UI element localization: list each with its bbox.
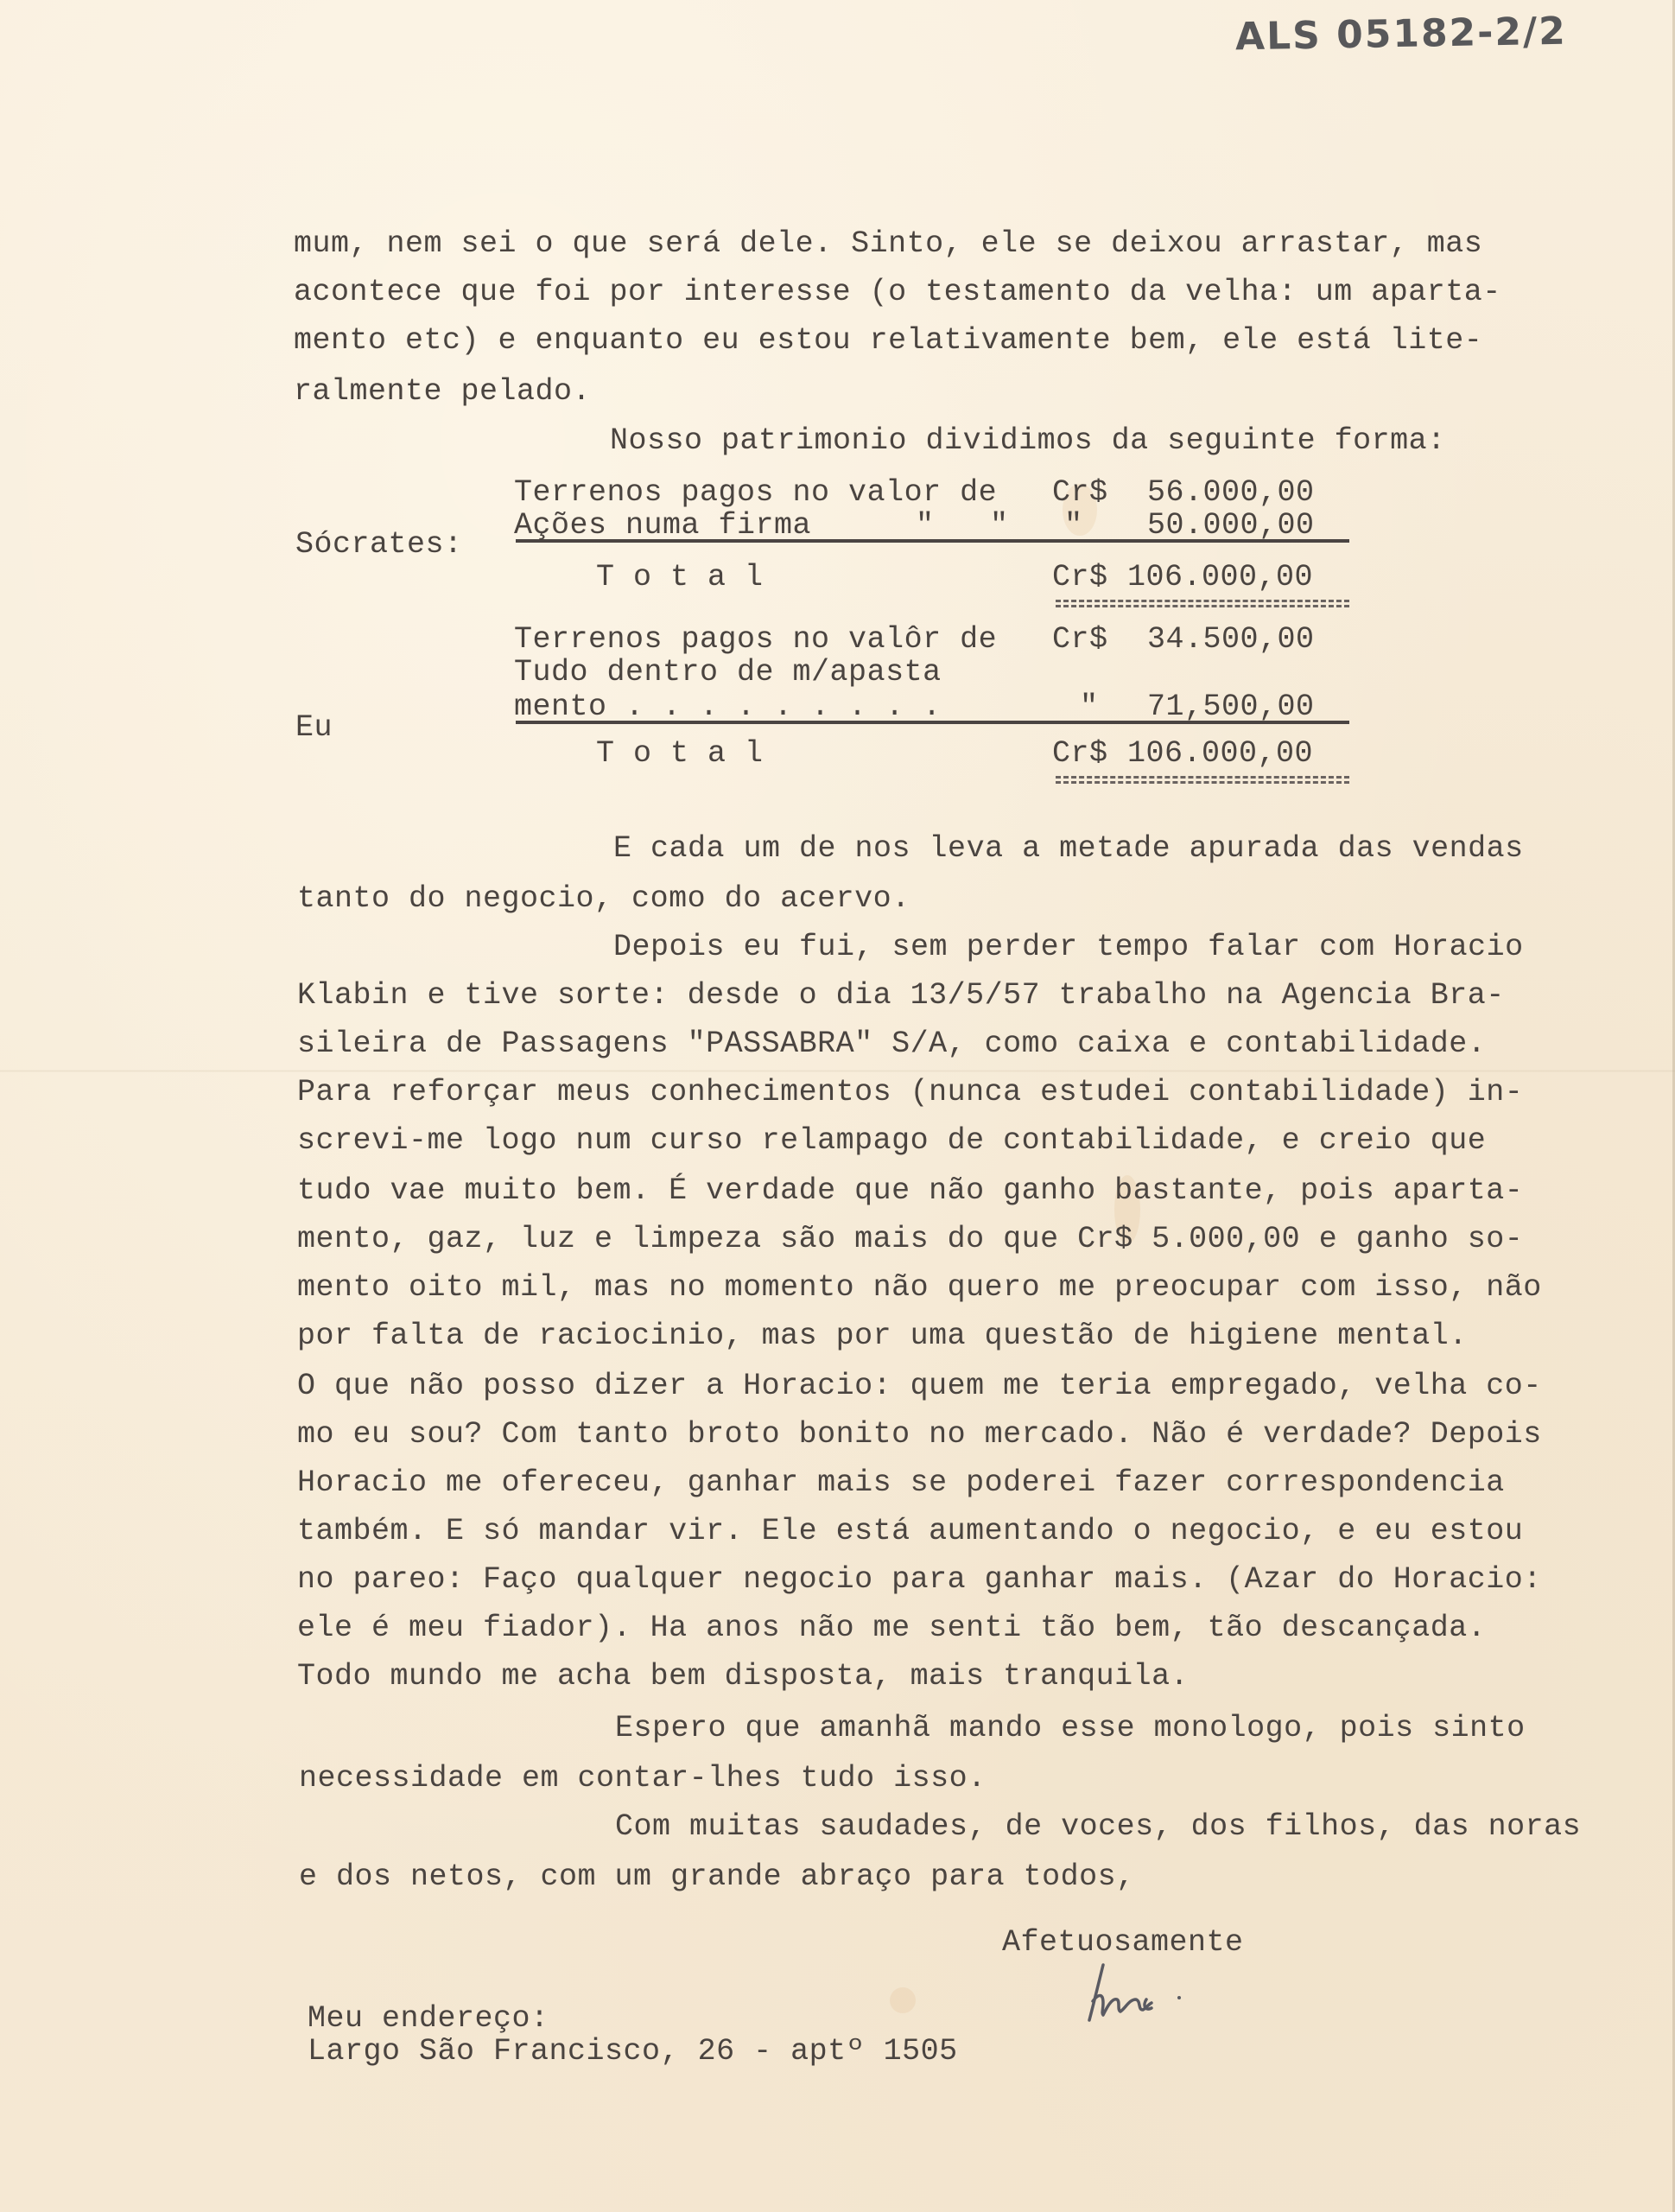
body-line: mento oito mil, mas no momento não quero… xyxy=(297,1270,1542,1305)
eu-label: Eu xyxy=(295,710,333,745)
body-line: mo eu sou? Com tanto broto bonito no mer… xyxy=(297,1417,1542,1452)
body-line: tudo vae muito bem. É verdade que não ga… xyxy=(297,1173,1523,1208)
eu-total-double-rule xyxy=(1056,776,1349,784)
socrates-total-label: T o t a l xyxy=(596,560,764,594)
address: Largo São Francisco, 26 - aptº 1505 xyxy=(308,2034,958,2069)
eu-item-desc: Terrenos pagos no valôr de xyxy=(514,622,997,657)
body-line: E cada um de nos leva a metade apurada d… xyxy=(613,831,1524,866)
body-line: Horacio me ofereceu, ganhar mais se pode… xyxy=(297,1465,1505,1500)
eu-total-amount: 106.000,00 xyxy=(1127,736,1313,771)
socrates-label: Sócrates: xyxy=(295,527,463,562)
address-label: Meu endereço: xyxy=(308,2001,549,2036)
body-line: ralmente pelado. xyxy=(294,374,591,409)
socrates-item-desc: Terrenos pagos no valor de xyxy=(514,475,997,510)
body-line: O que não posso dizer a Horacio: quem me… xyxy=(297,1369,1542,1403)
body-line: sileira de Passagens "PASSABRA" S/A, com… xyxy=(297,1027,1486,1061)
eu-item-amount: 34.500,00 xyxy=(1147,622,1315,657)
body-line: Para reforçar meus conhecimentos (nunca … xyxy=(297,1075,1523,1109)
body-line: Klabin e tive sorte: desde o dia 13/5/57… xyxy=(297,978,1505,1013)
eu-total-label: T o t a l xyxy=(596,736,764,771)
eu-item-currency: Cr$ xyxy=(1052,622,1108,657)
socrates-total-amount: 106.000,00 xyxy=(1127,560,1313,594)
body-line: por falta de raciocinio, mas por uma que… xyxy=(297,1319,1468,1353)
eu-item-ditto: " xyxy=(1080,690,1099,724)
division-intro: Nosso patrimonio dividimos da seguinte f… xyxy=(610,423,1446,458)
signature-handwritten xyxy=(1084,1961,1240,2031)
socrates-item-amount: 50.000,00 xyxy=(1147,508,1315,543)
eu-item-desc: Tudo dentro de m/apasta xyxy=(514,655,942,690)
eu-subtotal-rule xyxy=(516,721,1349,724)
eu-item-amount: 71,500,00 xyxy=(1147,690,1315,724)
socrates-subtotal-rule xyxy=(516,539,1349,543)
eu-total-currency: Cr$ xyxy=(1052,736,1108,771)
body-line: Todo mundo me acha bem disposta, mais tr… xyxy=(297,1659,1189,1694)
closing: Afetuosamente xyxy=(1002,1925,1244,1960)
archive-code-handwritten: ALS 05182-2/2 xyxy=(1235,10,1568,60)
body-line: no pareo: Faço qualquer negocio para gan… xyxy=(297,1562,1542,1597)
body-line: e dos netos, com um grande abraço para t… xyxy=(299,1859,1135,1894)
body-line: mento, gaz, luz e limpeza são mais do qu… xyxy=(297,1222,1523,1256)
body-line: necessidade em contar-lhes tudo isso. xyxy=(299,1761,987,1796)
body-line: mum, nem sei o que será dele. Sinto, ele… xyxy=(294,226,1482,261)
paper-fold-horizontal xyxy=(0,1070,1675,1072)
socrates-total-double-rule xyxy=(1056,600,1349,607)
socrates-total-currency: Cr$ xyxy=(1052,560,1108,594)
body-line: acontece que foi por interesse (o testam… xyxy=(294,275,1501,309)
eu-item-desc: mento . . . . . . . . . xyxy=(514,690,942,724)
body-line: Espero que amanhã mando esse monologo, p… xyxy=(615,1711,1526,1745)
body-line: mento etc) e enquanto eu estou relativam… xyxy=(294,323,1482,358)
socrates-item-currency: Cr$ xyxy=(1052,475,1108,510)
body-line: tanto do negocio, como do acervo. xyxy=(297,881,910,916)
body-line: Com muitas saudades, de voces, dos filho… xyxy=(615,1809,1581,1844)
socrates-item-ditto: " " " xyxy=(916,508,1083,543)
body-line: também. E só mandar vir. Ele está aument… xyxy=(297,1514,1523,1548)
socrates-item-desc: Ações numa firma xyxy=(514,508,811,543)
body-line: Depois eu fui, sem perder tempo falar co… xyxy=(613,930,1524,964)
body-line: ele é meu fiador). Ha anos não me senti … xyxy=(297,1611,1486,1645)
body-line: screvi-me logo num curso relampago de co… xyxy=(297,1123,1486,1158)
paper-stain xyxy=(890,1987,916,2013)
socrates-item-amount: 56.000,00 xyxy=(1147,475,1315,510)
